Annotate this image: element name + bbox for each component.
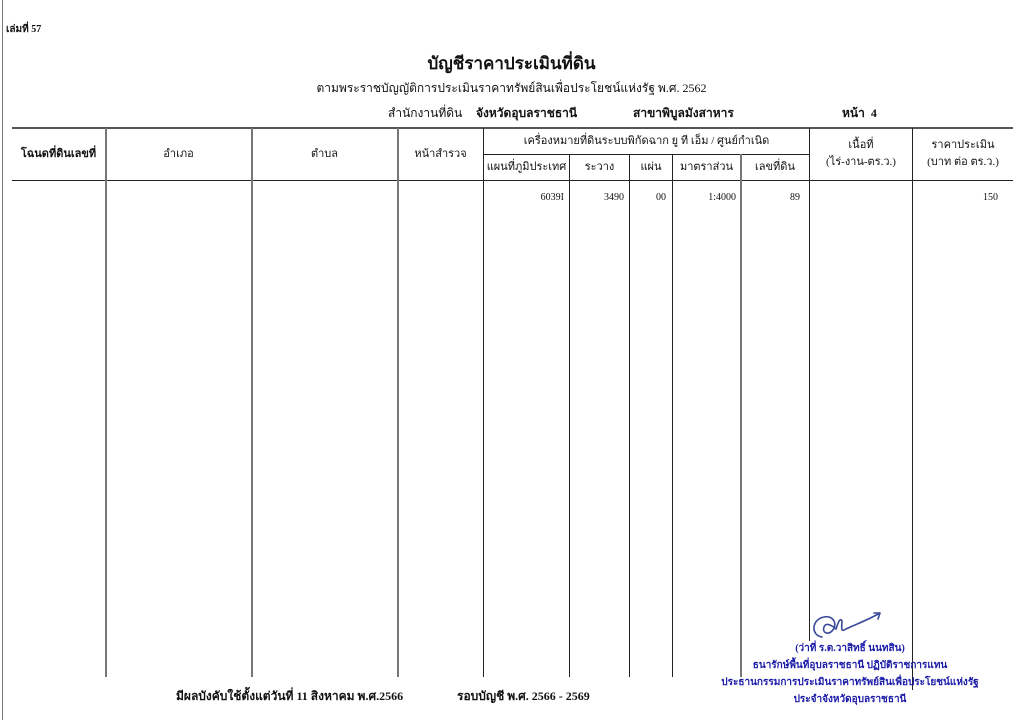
- effective-date: มีผลบังคับใช้ตั้งแต่วันที่ 11 สิงหาคม พ.…: [176, 687, 403, 706]
- volume-number: เล่มที่ 57: [6, 22, 41, 37]
- column-divider: [809, 128, 810, 641]
- signer-name: (ว่าที่ ร.ต.วาสิทธิ์ นนทสิน): [700, 640, 1000, 657]
- column-divider: [483, 128, 484, 677]
- signature-icon: [808, 607, 888, 643]
- signer-province: ประจำจังหวัดอุบลราชธานี: [700, 691, 1000, 708]
- header-sheet: แผ่น: [630, 155, 672, 180]
- header-subdistrict: ตำบล: [252, 128, 397, 180]
- cell-topo-map: 6039I: [484, 192, 564, 203]
- header-price-line1: ราคาประเมิน: [932, 137, 995, 154]
- column-divider: [569, 154, 570, 677]
- document-title: บัญชีราคาประเมินที่ดิน: [0, 50, 1023, 77]
- column-divider: [740, 154, 742, 677]
- document-subtitle: ตามพระราชบัญญัติการประเมินราคาทรัพย์สินเ…: [0, 79, 1023, 98]
- signer-position: ธนารักษ์พื้นที่อุบลราชธานี ปฏิบัติราชการ…: [700, 657, 1000, 674]
- header-zone: ระวาง: [570, 155, 629, 180]
- cell-sheet: 00: [630, 192, 666, 203]
- signer-committee: ประธานกรรมการประเมินราคาทรัพย์สินเพื่อปร…: [700, 674, 1000, 691]
- column-divider: [629, 154, 630, 677]
- column-divider: [251, 128, 253, 677]
- column-divider: [105, 128, 107, 677]
- cell-scale: 1:4000: [673, 192, 736, 203]
- cell-parcel-no: 89: [741, 192, 800, 203]
- header-district: อำเภอ: [106, 128, 251, 180]
- signature-block: (ว่าที่ ร.ต.วาสิทธิ์ นนทสิน) ธนารักษ์พื้…: [700, 640, 1000, 708]
- header-survey-page: หน้าสำรวจ: [398, 128, 483, 180]
- header-bottom-border: [12, 180, 1013, 181]
- header-price: ราคาประเมิน (บาท ต่อ ตร.ว.): [913, 128, 1013, 180]
- header-utm-group: เครื่องหมายที่ดินระบบพิกัดฉาก ยู ที เอ็ม…: [484, 128, 809, 154]
- header-deed-no: โฉนดที่ดินเลขที่: [12, 128, 105, 180]
- cell-zone: 3490: [570, 192, 624, 203]
- cell-price: 150: [913, 192, 998, 203]
- page-label: หน้า: [842, 106, 865, 120]
- header-area-line1: เนื้อที่: [848, 137, 873, 154]
- page-value: 4: [871, 106, 877, 120]
- header-price-line2: (บาท ต่อ ตร.ว.): [927, 154, 999, 171]
- account-round: รอบบัญชี พ.ศ. 2566 - 2569: [457, 687, 590, 706]
- column-divider: [912, 128, 913, 690]
- column-divider: [397, 128, 399, 677]
- province: จังหวัดอุบลราชธานี: [476, 104, 577, 123]
- page-number: หน้า 4: [842, 104, 877, 123]
- header-parcel-no: เลขที่ดิน: [741, 155, 809, 180]
- header-topo-map: แผนที่ภูมิประเทศ: [484, 155, 569, 180]
- office-label: สำนักงานที่ดิน: [388, 104, 462, 123]
- page-edge: [2, 0, 3, 720]
- header-scale: มาตราส่วน: [673, 155, 740, 180]
- header-area-line2: (ไร่-งาน-ตร.ว.): [826, 154, 896, 171]
- branch: สาขาพิบูลมังสาหาร: [633, 104, 734, 123]
- header-area: เนื้อที่ (ไร่-งาน-ตร.ว.): [810, 128, 912, 180]
- column-divider: [672, 154, 673, 677]
